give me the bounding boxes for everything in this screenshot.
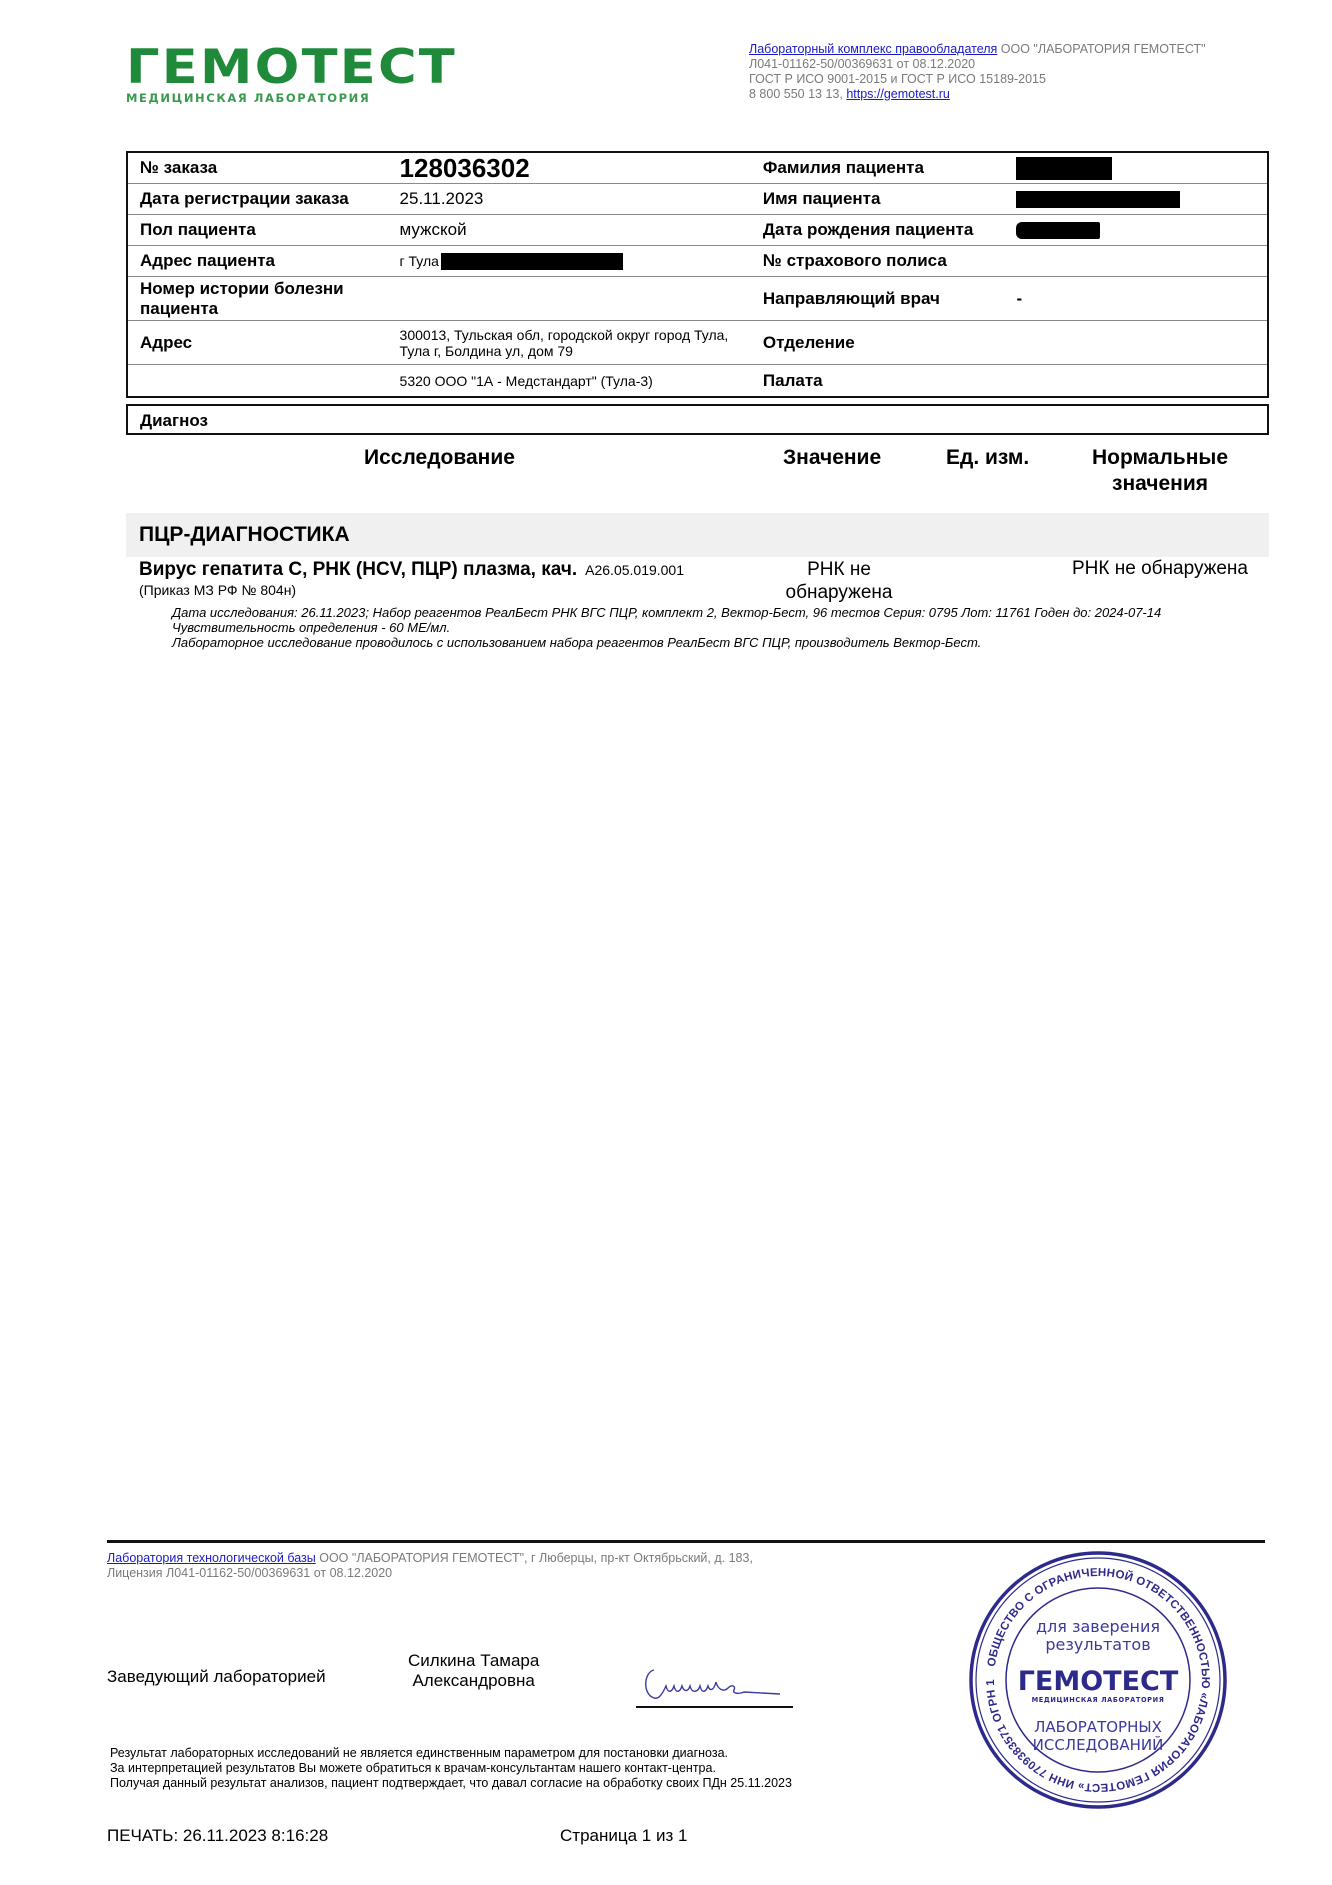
address-prefix: г Тула [400, 253, 439, 269]
gost: ГОСТ Р ИСО 9001-2015 и ГОСТ Р ИСО 15189-… [749, 72, 1206, 87]
sex-label: Пол пациента [128, 215, 388, 245]
table-row: Адрес 300013, Тульская обл, городской ок… [128, 321, 1267, 365]
svg-text:для заверения: для заверения [1036, 1617, 1160, 1636]
table-row: Номер истории болезни пациента Направляю… [128, 277, 1267, 321]
order-no: 128036302 [400, 153, 530, 184]
tech-license: Лицензия Л041-01162-50/00369631 от 08.12… [107, 1566, 753, 1581]
policy [1004, 246, 1267, 276]
signature-line [636, 1706, 793, 1708]
col-unit: Ед. изм. [946, 445, 1029, 471]
surname-label: Фамилия пациента [751, 153, 1005, 183]
lab-stamp-icon: ОБЩЕСТВО С ОГРАНИЧЕННОЙ ОТВЕТСТВЕННОСТЬЮ… [966, 1548, 1230, 1812]
test-order-ref: (Приказ МЗ РФ № 804н) [139, 582, 296, 598]
name-label: Имя пациента [751, 184, 1005, 214]
logo-brand: ГЕМОТЕСТ [126, 46, 507, 90]
ward-label: Палата [751, 365, 1005, 396]
dob-label: Дата рождения пациента [751, 215, 1005, 245]
doctor-label: Направляющий врач [751, 277, 1005, 320]
test-norm: РНК не обнаружена [1072, 558, 1248, 580]
print-timestamp: ПЕЧАТЬ: 26.11.2023 8:16:28 [107, 1826, 328, 1846]
order-no-label: № заказа [128, 153, 388, 183]
table-row: Пол пациента мужской Дата рождения пацие… [128, 215, 1267, 246]
reg-date-label: Дата регистрации заказа [128, 184, 388, 214]
test-code: A26.05.019.001 [585, 562, 684, 578]
address-label: Адрес пациента [128, 246, 388, 276]
redacted-surname [1016, 157, 1112, 180]
ward [1004, 365, 1267, 396]
note-line: Чувствительность определения - 60 МЕ/мл. [172, 620, 1272, 635]
reg-date: 25.11.2023 [388, 184, 751, 214]
policy-label: № страхового полиса [751, 246, 1005, 276]
history [388, 277, 751, 320]
doctor: - [1004, 277, 1267, 320]
svg-text:МЕДИЦИНСКАЯ ЛАБОРАТОРИЯ: МЕДИЦИНСКАЯ ЛАБОРАТОРИЯ [1032, 1696, 1165, 1704]
redacted-address [441, 253, 623, 270]
signer-role: Заведующий лабораторией [107, 1667, 326, 1687]
section-pcr: ПЦР-ДИАГНОСТИКА [126, 513, 1269, 557]
table-row: Дата регистрации заказа 25.11.2023 Имя п… [128, 184, 1267, 215]
history-label: Номер истории болезни пациента [128, 277, 388, 320]
gemotest-logo: ГЕМОТЕСТ МЕДИЦИНСКАЯ ЛАБОРАТОРИЯ [126, 46, 466, 105]
site-link[interactable]: https://gemotest.ru [846, 87, 950, 101]
tech-base-info: Лаборатория технологической базы ООО "ЛА… [107, 1551, 753, 1581]
lab-complex-link[interactable]: Лабораторный комплекс правообладателя [749, 42, 997, 56]
table-row: Адрес пациента г Тула № страхового полис… [128, 246, 1267, 277]
svg-text:ЛАБОРАТОРНЫХ: ЛАБОРАТОРНЫХ [1034, 1718, 1162, 1736]
redacted-name [1016, 191, 1180, 208]
tech-base-link[interactable]: Лаборатория технологической базы [107, 1551, 316, 1565]
test-notes: Дата исследования: 26.11.2023; Набор реа… [172, 605, 1272, 650]
svg-text:ГЕМОТЕСТ: ГЕМОТЕСТ [1018, 1666, 1179, 1697]
patient-info-table: № заказа 128036302 Фамилия пациента Дата… [126, 151, 1269, 398]
col-value: Значение [783, 445, 881, 471]
svg-text:ИССЛЕДОВАНИЙ: ИССЛЕДОВАНИЙ [1033, 1735, 1164, 1754]
department [1004, 321, 1267, 364]
table-row: 5320 ООО "1А - Медстандарт" (Тула-3) Пал… [128, 365, 1267, 396]
page-number: Страница 1 из 1 [560, 1826, 687, 1846]
col-test: Исследование [364, 445, 515, 471]
addr2: 300013, Тульская обл, городской округ го… [388, 321, 751, 364]
signer-name: Силкина Тамара Александровна [408, 1651, 539, 1691]
diagnosis-box: Диагноз [126, 404, 1269, 435]
addr2-label: Адрес [128, 321, 388, 364]
footer-divider [107, 1540, 1265, 1543]
signature-icon [640, 1660, 790, 1705]
header-lab-info: Лабораторный комплекс правообладателя ОО… [749, 42, 1206, 102]
table-row: № заказа 128036302 Фамилия пациента [128, 153, 1267, 184]
note-line: Лабораторное исследование проводилось с … [172, 635, 1272, 650]
test-value: РНК не обнаружена [774, 558, 904, 604]
note-line: Дата исследования: 26.11.2023; Набор реа… [172, 605, 1272, 620]
empty-cell [128, 365, 388, 396]
office: 5320 ООО "1А - Медстандарт" (Тула-3) [388, 365, 751, 396]
test-name: Вирус гепатита С, РНК (HCV, ПЦР) плазма,… [139, 559, 684, 581]
col-norm: Нормальные значения [1090, 445, 1230, 497]
phone: 8 800 550 13 13, [749, 87, 846, 101]
sex: мужской [388, 215, 751, 245]
redacted-dob [1016, 222, 1100, 239]
department-label: Отделение [751, 321, 1005, 364]
disclaimer: Результат лабораторных исследований не я… [110, 1746, 792, 1791]
license: Л041-01162-50/00369631 от 08.12.2020 [749, 57, 1206, 72]
diagnosis-label: Диагноз [140, 411, 208, 430]
svg-text:результатов: результатов [1045, 1635, 1150, 1654]
